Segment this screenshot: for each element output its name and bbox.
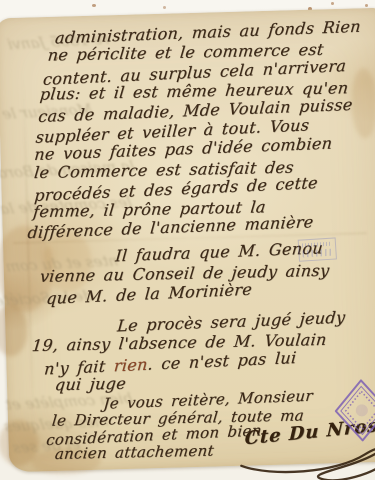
scanned-letter-screenshot: { "document": { "kind": "scanned handwri… xyxy=(0,0,375,480)
faint-rectangular-stamp xyxy=(298,237,337,261)
diamond-archive-stamp xyxy=(334,379,375,442)
paragraph: administration, mais au fonds Rienne pér… xyxy=(0,18,375,242)
foxing-spot xyxy=(365,4,368,7)
foxing-spot xyxy=(331,2,334,5)
red-ink-word: rien xyxy=(113,354,148,375)
foxing-spot xyxy=(92,4,96,7)
paragraph: Le procès sera jugé jeudy19, ainsy l'abs… xyxy=(5,307,375,395)
letter-body: administration, mais au fonds Rienne pér… xyxy=(0,8,375,463)
signature-flourish xyxy=(237,438,375,480)
foxing-spot xyxy=(163,6,166,9)
letter-paper-sheet: re 1865 JanviMonsieur le Dirla maison de… xyxy=(0,8,375,473)
